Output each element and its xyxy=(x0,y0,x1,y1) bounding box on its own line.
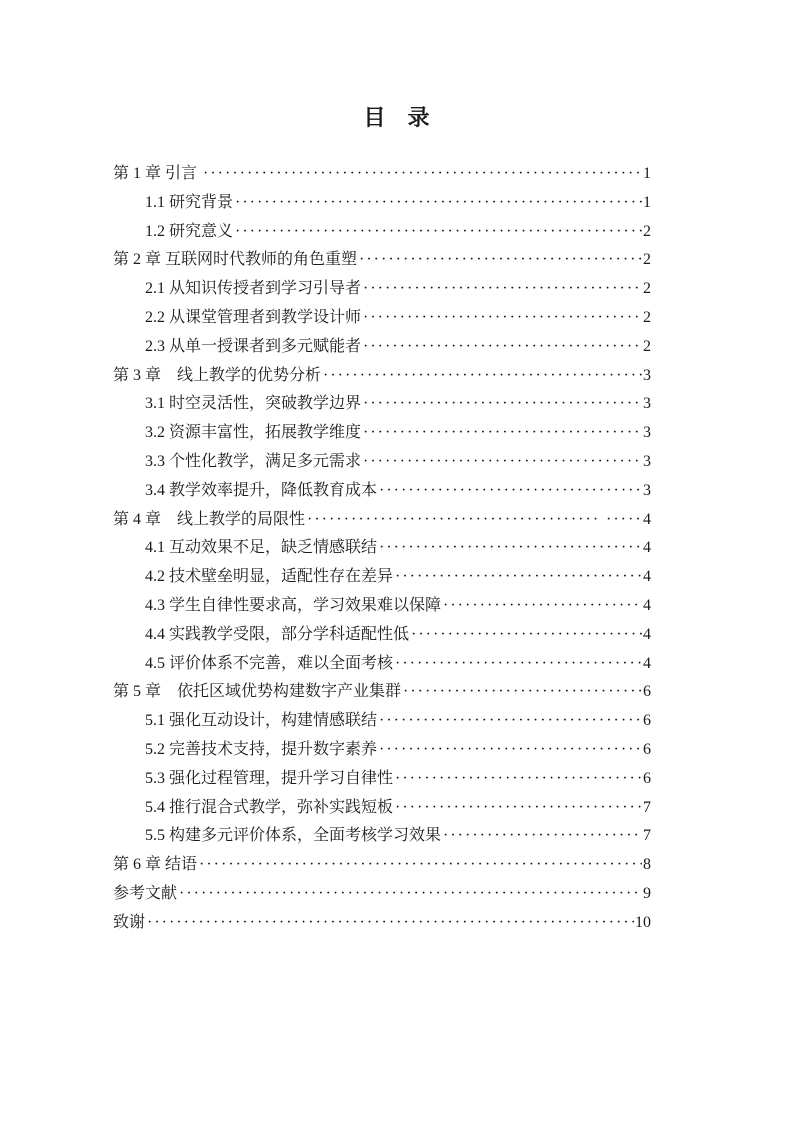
toc-entry: 第 6 章 结语 8 xyxy=(113,851,651,880)
toc-page-number: 10 xyxy=(634,909,651,938)
leader-dots xyxy=(361,275,642,304)
toc-entry-label: 3.4 教学效率提升，降低教育成本 xyxy=(145,477,377,506)
toc-entry: 3.3 个性化教学，满足多元需求 3 xyxy=(113,448,651,477)
toc-page-number: 7 xyxy=(642,822,651,851)
toc-page-number: 4 xyxy=(642,650,651,679)
toc-page-number: 3 xyxy=(642,448,651,477)
leader-dots xyxy=(305,506,597,535)
toc-entry-label: 第 1 章 引言 xyxy=(113,160,201,189)
toc-entry: 2.2 从课堂管理者到教学设计师 2 xyxy=(113,304,651,333)
toc-page-number: 8 xyxy=(642,851,651,880)
toc-entry: 4.1 互动效果不足，缺乏情感联结 4 xyxy=(113,534,651,563)
toc-entry-label: 致谢 xyxy=(113,909,145,938)
toc-entry-label: 5.4 推行混合式教学，弥补实践短板 xyxy=(145,794,393,823)
toc-entry-label: 1.2 研究意义 xyxy=(145,218,233,247)
toc-entry: 3.1 时空灵活性，突破教学边界 3 xyxy=(113,390,651,419)
toc-entry: 4.3 学生自律性要求高，学习效果难以保障 4 xyxy=(113,592,651,621)
toc-entry: 1.2 研究意义 2 xyxy=(113,218,651,247)
toc-entry: 参考文献 9 xyxy=(113,880,651,909)
leader-dots xyxy=(409,621,642,650)
toc-page-number: 1 xyxy=(642,160,651,189)
toc-entry-label: 3.1 时空灵活性，突破教学边界 xyxy=(145,390,361,419)
toc-page-number: 3 xyxy=(642,390,651,419)
page-title: 目 录 xyxy=(0,103,793,133)
leader-dots xyxy=(393,563,642,592)
toc-page-number: 6 xyxy=(642,765,651,794)
toc-entry-label: 4.1 互动效果不足，缺乏情感联结 xyxy=(145,534,377,563)
toc-entry: 5.2 完善技术支持，提升数字素养 6 xyxy=(113,736,651,765)
toc-entry-label: 5.1 强化互动设计，构建情感联结 xyxy=(145,707,377,736)
toc-entry: 4.2 技术壁垒明显，适配性存在差异 4 xyxy=(113,563,651,592)
toc-entry: 第 5 章 依托区域优势构建数字产业集群 6 xyxy=(113,678,651,707)
toc-entry-label: 第 5 章 依托区域优势构建数字产业集群 xyxy=(113,678,401,707)
toc-page-number: 4 xyxy=(642,592,651,621)
leader-dots xyxy=(401,678,642,707)
leader-dots xyxy=(393,794,642,823)
leader-dots xyxy=(606,506,642,535)
toc-page-number: 6 xyxy=(642,736,651,765)
leader-dots xyxy=(201,160,642,189)
toc-entry: 3.4 教学效率提升，降低教育成本 3 xyxy=(113,477,651,506)
toc-entry-label: 5.2 完善技术支持，提升数字素养 xyxy=(145,736,377,765)
toc-page-number: 4 xyxy=(642,506,651,535)
toc-page-number: 4 xyxy=(642,534,651,563)
toc-entry: 2.3 从单一授课者到多元赋能者 2 xyxy=(113,333,651,362)
leader-dots xyxy=(233,189,642,218)
toc-page-number: 3 xyxy=(642,477,651,506)
toc-entry-label: 4.4 实践教学受限，部分学科适配性低 xyxy=(145,621,409,650)
toc-entry: 5.3 强化过程管理，提升学习自律性 6 xyxy=(113,765,651,794)
toc-page-number: 1 xyxy=(642,189,651,218)
toc-page-number: 2 xyxy=(642,218,651,247)
toc-page-number: 3 xyxy=(642,362,651,391)
toc-entry-label: 1.1 研究背景 xyxy=(145,189,233,218)
toc-page-number: 6 xyxy=(642,678,651,707)
toc-entry: 1.1 研究背景 1 xyxy=(113,189,651,218)
toc-entry: 第 1 章 引言 1 xyxy=(113,160,651,189)
leader-dots xyxy=(321,362,642,391)
leader-dots xyxy=(233,218,642,247)
toc-entry-label: 5.3 强化过程管理，提升学习自律性 xyxy=(145,765,393,794)
leader-dots xyxy=(441,592,642,621)
toc-entry: 3.2 资源丰富性，拓展教学维度 3 xyxy=(113,419,651,448)
toc-entry-label: 4.2 技术壁垒明显，适配性存在差异 xyxy=(145,563,393,592)
toc-page-number: 4 xyxy=(642,621,651,650)
toc-entry: 4.4 实践教学受限，部分学科适配性低 4 xyxy=(113,621,651,650)
leader-dots xyxy=(393,650,642,679)
toc-entry-label: 3.3 个性化教学，满足多元需求 xyxy=(145,448,361,477)
leader-dots xyxy=(145,909,634,938)
leader-dots xyxy=(361,304,642,333)
table-of-contents: 第 1 章 引言 1 1.1 研究背景 1 1.2 研究意义 2 第 2 章 互… xyxy=(113,160,651,938)
toc-entry: 5.1 强化互动设计，构建情感联结 6 xyxy=(113,707,651,736)
leader-dots xyxy=(377,534,642,563)
leader-dots xyxy=(361,390,642,419)
toc-entry-label: 第 6 章 结语 xyxy=(113,851,197,880)
toc-entry-label: 4.5 评价体系不完善，难以全面考核 xyxy=(145,650,393,679)
leader-dots xyxy=(197,851,642,880)
toc-page-number: 6 xyxy=(642,707,651,736)
toc-entry: 2.1 从知识传授者到学习引导者 2 xyxy=(113,275,651,304)
toc-entry-label: 2.3 从单一授课者到多元赋能者 xyxy=(145,333,361,362)
toc-page-number: 2 xyxy=(642,333,651,362)
toc-entry-label: 5.5 构建多元评价体系，全面考核学习效果 xyxy=(145,822,441,851)
leader-dots xyxy=(361,419,642,448)
leader-dots xyxy=(357,246,642,275)
leader-dots xyxy=(361,333,642,362)
toc-entry: 第 2 章 互联网时代教师的角色重塑 2 xyxy=(113,246,651,275)
toc-entry-label: 第 2 章 互联网时代教师的角色重塑 xyxy=(113,246,357,275)
leader-dots xyxy=(361,448,642,477)
toc-page-number: 3 xyxy=(642,419,651,448)
toc-entry-label: 2.1 从知识传授者到学习引导者 xyxy=(145,275,361,304)
toc-entry: 4.5 评价体系不完善，难以全面考核 4 xyxy=(113,650,651,679)
toc-entry: 致谢 10 xyxy=(113,909,651,938)
leader-dots xyxy=(177,880,642,909)
leader-dots xyxy=(377,707,642,736)
toc-entry-label: 第 3 章 线上教学的优势分析 xyxy=(113,362,321,391)
toc-page-number: 2 xyxy=(642,304,651,333)
toc-entry-label: 第 4 章 线上教学的局限性 xyxy=(113,506,305,535)
toc-entry-label: 3.2 资源丰富性，拓展教学维度 xyxy=(145,419,361,448)
toc-entry: 5.4 推行混合式教学，弥补实践短板 7 xyxy=(113,794,651,823)
toc-page-number: 2 xyxy=(642,246,651,275)
toc-page-number: 7 xyxy=(642,794,651,823)
leader-dots xyxy=(377,736,642,765)
toc-entry: 5.5 构建多元评价体系，全面考核学习效果 7 xyxy=(113,822,651,851)
toc-page-number: 2 xyxy=(642,275,651,304)
leader-dots xyxy=(441,822,642,851)
leader-dots xyxy=(393,765,642,794)
toc-entry: 第 4 章 线上教学的局限性 4 xyxy=(113,506,651,535)
toc-entry-label: 4.3 学生自律性要求高，学习效果难以保障 xyxy=(145,592,441,621)
toc-entry: 第 3 章 线上教学的优势分析 3 xyxy=(113,362,651,391)
toc-page-number: 4 xyxy=(642,563,651,592)
toc-page-number: 9 xyxy=(642,880,651,909)
leader-dots xyxy=(377,477,642,506)
toc-entry-label: 参考文献 xyxy=(113,880,177,909)
toc-entry-label: 2.2 从课堂管理者到教学设计师 xyxy=(145,304,361,333)
